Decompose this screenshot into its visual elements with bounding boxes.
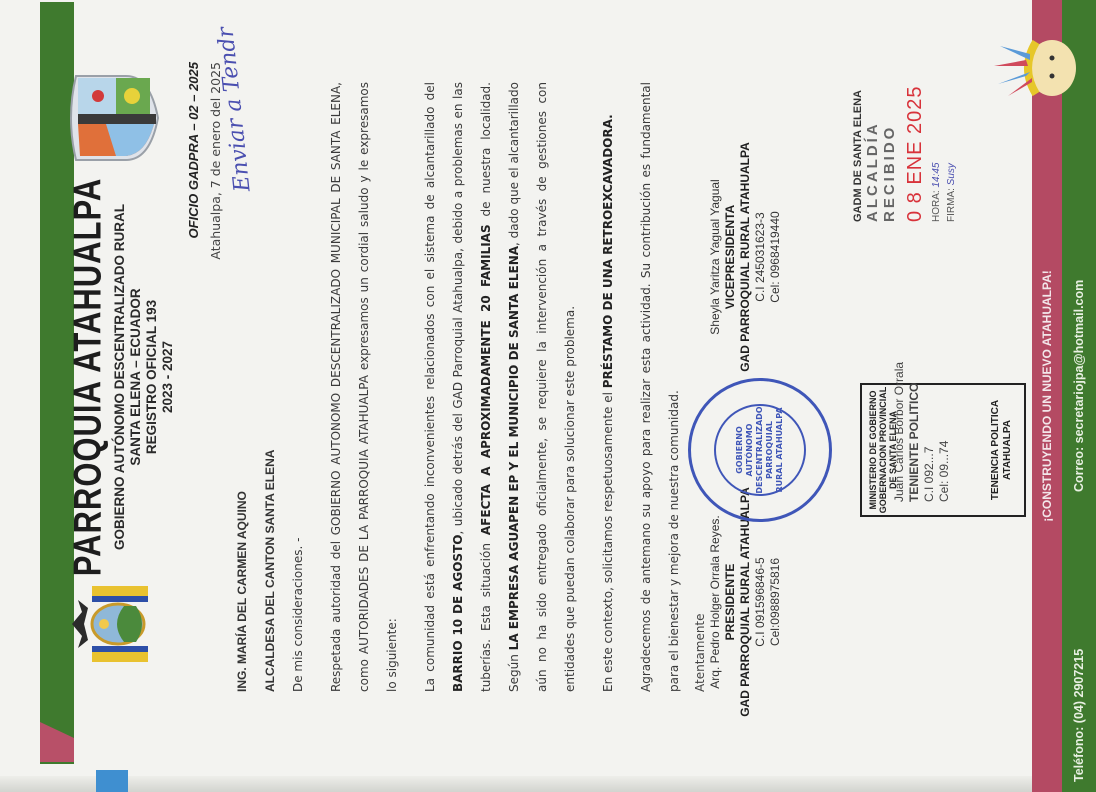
atahualpa-parish-shield-icon (66, 68, 160, 168)
letter-footer: ¡CONSTRUYENDO UN NUEVO ATAHUALPA! Teléfo… (1032, 0, 1096, 792)
text-run-bold: LA EMPRESA AGUAPEN EP Y EL MUNICIPIO DE … (507, 246, 521, 650)
stamp-line: MINISTERIO DE GOBIERNO (868, 385, 878, 515)
paragraph-request: En este contexto, solicitamos respetuosa… (594, 82, 622, 692)
mascot-illustration-icon (990, 26, 1086, 112)
paragraph-intro: Respetada autoridad del GOBIERNO AUTONOM… (322, 82, 406, 692)
received-hora: HORA: 14:45 (931, 22, 942, 222)
received-stamp: GADM DE SANTA ELENA ALCALDÍA RECIBIDO 0 … (852, 22, 957, 222)
binder-clip (96, 770, 128, 792)
signer-cel: Cel: 09...74 (937, 362, 952, 502)
signature-teniente: Juan Carlos Borbor Orrala TENIENTE POLIT… (892, 362, 952, 502)
letterhead-line: SANTA ELENA – ECUADOR (128, 177, 144, 577)
stamp-inner: GOBIERNO AUTÓNOMO DESCENTRALIZADO PARROQ… (714, 404, 806, 496)
signer-ci: C.I 245031623-3 (753, 107, 768, 407)
signer-ci: C.I 092...7 (922, 362, 937, 502)
hora-value: 14:45 (931, 163, 942, 188)
signer-name: Sheyla Yaritza Yagual Yagual (708, 107, 723, 407)
recipient-block: ING. MARÍA DEL CARMEN AQUINO ALCALDESA D… (228, 450, 284, 692)
text-run-bold: BARRIO 10 DE AGOSTO (451, 535, 465, 692)
parish-title: PARROQUIA ATAHUALPA (66, 177, 111, 577)
stamp-outer-text: GOBIERNO AUTÓNOMO DESCENTRALIZADO (735, 406, 765, 494)
text-run: La comunidad está enfrentando inconvenie… (423, 82, 437, 692)
letter-body: De mis consideraciones. - Respetada auto… (284, 82, 698, 692)
paper-edge (0, 776, 1096, 792)
footer-contact: Teléfono: (04) 2907215 Correo: secretari… (1062, 0, 1096, 792)
received-date: 0 8 ENE 2025 (904, 22, 927, 222)
received-office: ALCALDÍA (864, 22, 881, 222)
firma-value: Susy (946, 163, 957, 185)
signer-org: GAD PARROQUIAL RURAL ATAHUALPA (738, 142, 752, 372)
letterhead-line: GOBIERNO AUTÓNOMO DESCENTRALIZADO RURAL (112, 177, 128, 577)
letterhead: PARROQUIA ATAHUALPA GOBIERNO AUTÓNOMO DE… (70, 177, 176, 577)
signer-role: TENIENTE POLITICO (907, 362, 922, 502)
oficio-number: OFICIO GADPRA – 02 – 2025 (186, 62, 201, 239)
received-org: GADM DE SANTA ELENA (852, 22, 864, 222)
paragraph-thanks: Agradecemos de antemano su apoyo para re… (632, 82, 688, 692)
text-run: En este contexto, solicitamos respetuosa… (601, 388, 615, 692)
recipient-name: ING. MARÍA DEL CARMEN AQUINO (228, 450, 256, 692)
stamp-line: ATAHUALPA (1002, 385, 1014, 515)
text-run-bold: AFECTA A APROXIMADAMENTE 20 FAMILIAS (479, 224, 493, 535)
signer-role: VICEPRESIDENTA (723, 205, 737, 309)
signer-role: PRESIDENTE (723, 564, 737, 641)
footer-slogan: ¡CONSTRUYENDO UN NUEVO ATAHUALPA! (1032, 0, 1062, 792)
firma-label: FIRMA: (946, 188, 957, 222)
closing: Atentamente (693, 613, 707, 692)
footer-email: Correo: secretariojpa@hotmail.com (1062, 280, 1096, 492)
greeting: De mis consideraciones. - (284, 82, 312, 692)
ecuador-coat-of-arms-icon (66, 574, 160, 674)
signer-org: GAD PARROQUIAL RURAL ATAHUALPA (738, 487, 752, 717)
scanned-letter: PARROQUIA ATAHUALPA GOBIERNO AUTÓNOMO DE… (0, 0, 1096, 792)
signature-vicepresident: Sheyla Yaritza Yagual Yagual VICEPRESIDE… (708, 107, 783, 407)
text-run-bold: PRÉSTAMO DE UNA RETROEXCAVADORA. (601, 114, 615, 388)
hora-label: HORA: (931, 190, 942, 222)
stamp-inner-text: PARROQUIAL RURAL ATAHUALPA (765, 406, 785, 494)
footer-phone: Teléfono: (04) 2907215 (1062, 649, 1096, 782)
paragraph-problem: La comunidad está enfrentando inconvenie… (416, 82, 584, 692)
recipient-title: ALCALDESA DEL CANTON SANTA ELENA (256, 450, 284, 692)
signer-cel: Cel: 0968419440 (768, 107, 783, 407)
received-firma: FIRMA: Susy (946, 22, 957, 222)
signer-name: Juan Carlos Borbor Orrala (892, 362, 907, 502)
letterhead-line: 2023 - 2027 (160, 177, 176, 577)
letterhead-line: REGISTRO OFICIAL 193 (144, 177, 160, 577)
received-label: RECIBIDO (881, 22, 898, 222)
stamp-line: TENENCIA POLITICA (990, 385, 1002, 515)
